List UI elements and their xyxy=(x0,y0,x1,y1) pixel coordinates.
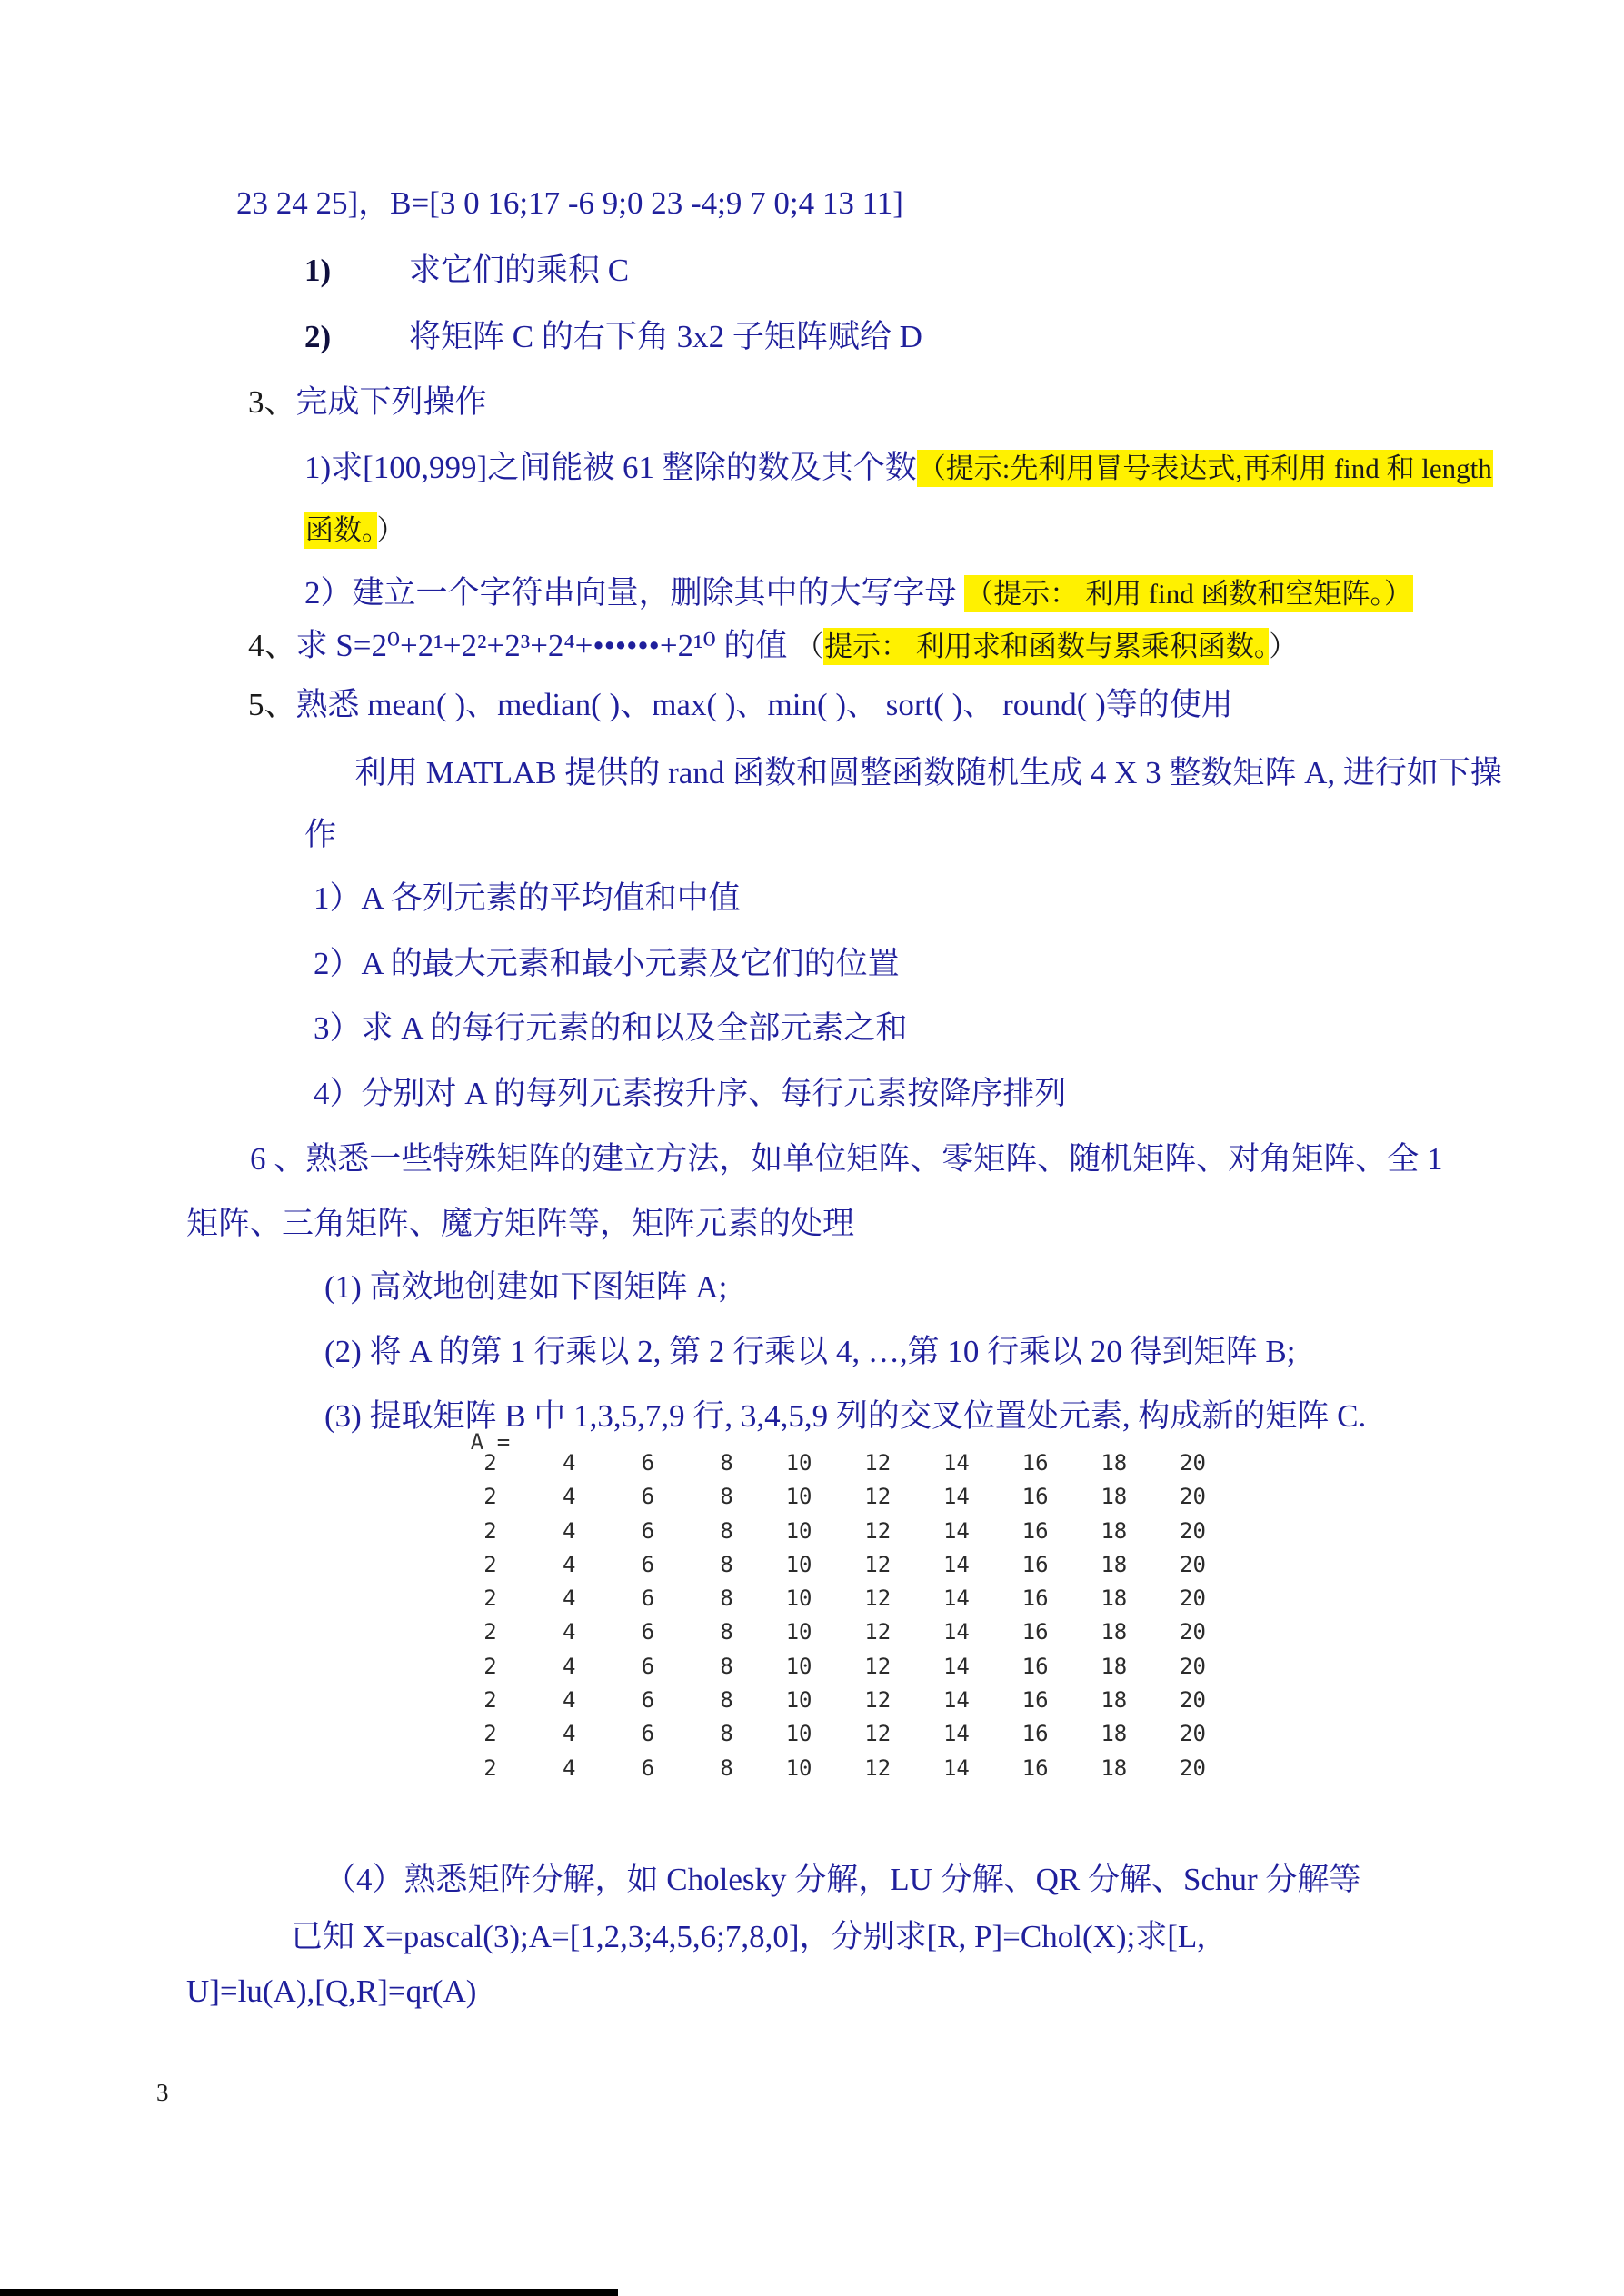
page-number-text: 3 xyxy=(156,2079,169,2106)
item-3-sub-1-hint-highlight: （提示:先利用冒号表达式,再利用 find 和 length xyxy=(917,450,1493,487)
page-bottom-divider xyxy=(0,2289,618,2296)
item-5-number: 5、 xyxy=(248,687,296,722)
matrix-row: 2 4 6 8 10 12 14 16 18 20 xyxy=(418,1615,1206,1649)
matrix-row: 2 4 6 8 10 12 14 16 18 20 xyxy=(418,1650,1206,1684)
matrix-row: 2 4 6 8 10 12 14 16 18 20 xyxy=(418,1717,1206,1751)
matrix-row: 2 4 6 8 10 12 14 16 18 20 xyxy=(418,1684,1206,1717)
matrix-row: 2 4 6 8 10 12 14 16 18 20 xyxy=(418,1446,1206,1480)
matrix-row: 2 4 6 8 10 12 14 16 18 20 xyxy=(418,1582,1206,1615)
page-number: 3 xyxy=(156,2079,169,2107)
pascal-problem-line-2-text: U]=lu(A),[Q,R]=qr(A) xyxy=(186,1973,476,2009)
matrix-row: 2 4 6 8 10 12 14 16 18 20 xyxy=(418,1480,1206,1514)
matrix-row: 2 4 6 8 10 12 14 16 18 20 xyxy=(418,1548,1206,1582)
matrix-a-display: 2 4 6 8 10 12 14 16 18 20 2 4 6 8 10 12 … xyxy=(418,1446,1206,1785)
item-5-continuation-1-text: 利用 MATLAB 提供的 rand 函数和圆整函数随机生成 4 X 3 整数矩… xyxy=(354,755,1502,790)
item-3-sub-1: 1)求[100,999]之间能被 61 整除的数及其个数（提示:先利用冒号表达式… xyxy=(273,408,1493,527)
document-page: 23 24 25]，B=[3 0 16;17 -6 9;0 23 -4;9 7 … xyxy=(0,0,1624,2296)
pascal-problem-line-2: U]=lu(A),[Q,R]=qr(A) xyxy=(154,1932,476,2051)
matrix-row: 2 4 6 8 10 12 14 16 18 20 xyxy=(418,1515,1206,1548)
item-4-hint-close-paren: ） xyxy=(1269,631,1297,662)
item-5-continuation-1: 利用 MATLAB 提供的 rand 函数和圆整函数随机生成 4 X 3 整数矩… xyxy=(323,713,1502,832)
matrix-row: 2 4 6 8 10 12 14 16 18 20 xyxy=(418,1752,1206,1785)
